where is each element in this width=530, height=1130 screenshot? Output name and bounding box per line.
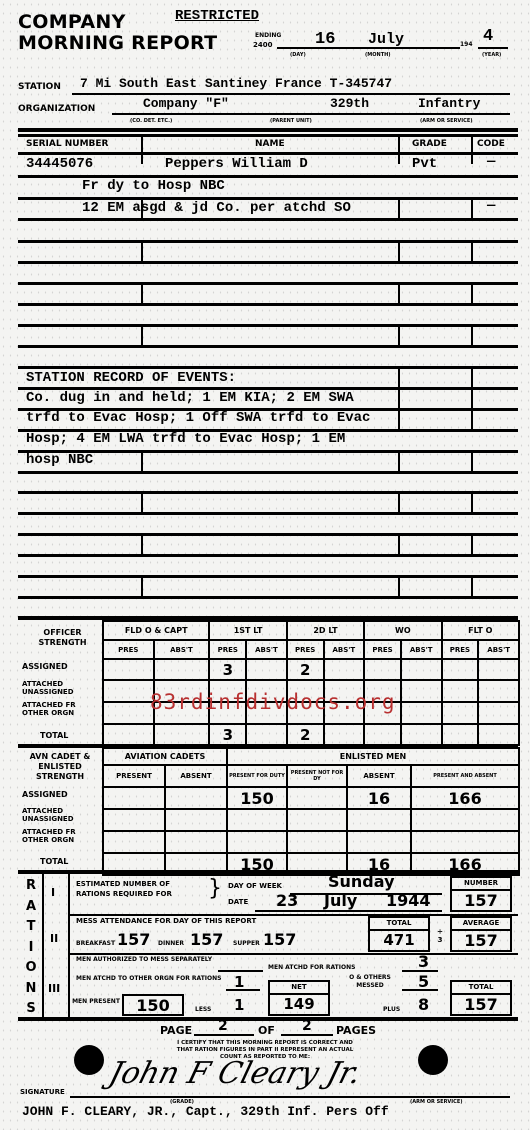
organization-parent-unit: 329th — [330, 96, 369, 111]
net-value: 149 — [270, 995, 328, 1014]
atchd-other-orgn-label: MEN ATCHD TO OTHER ORGN FOR RATIONS — [76, 975, 236, 983]
company-caption: (CO. DET. ETC.) — [130, 118, 172, 124]
col-sep — [471, 324, 473, 345]
col-sep — [141, 240, 143, 261]
total-pages: 2 — [302, 1018, 312, 1034]
plus-label: PLUS — [383, 1006, 400, 1013]
ration-date-year: 1944 — [386, 891, 431, 910]
men-present-box: 150 — [122, 994, 184, 1016]
col-sep — [398, 324, 400, 345]
page-underline — [194, 1034, 254, 1036]
remark-line-1: Fr dy to Hosp NBC — [82, 178, 225, 194]
rule — [18, 303, 518, 306]
row-label-attached-other: ATTACHED FR OTHER ORGN — [22, 828, 100, 844]
col-sep — [398, 533, 400, 554]
attendance-total-value: 471 — [370, 931, 428, 950]
rations-side-label: R A T I O N S — [24, 876, 38, 1020]
date-label: DATE — [228, 898, 248, 906]
col-sep — [398, 134, 400, 164]
group-flt-o: FLT O — [442, 621, 519, 640]
col-sep — [398, 575, 400, 596]
col-sep — [471, 197, 473, 218]
number-value: 157 — [452, 891, 510, 910]
signature: John F Cleary Jr. — [105, 1056, 365, 1091]
ending-label: ENDING — [255, 32, 281, 39]
section-1-label: ESTIMATED NUMBER OF RATIONS REQUIRED FOR — [76, 879, 206, 899]
dinner-label: DINNER — [158, 940, 184, 947]
col-sep — [471, 450, 473, 471]
row-label-assigned: ASSIGNED — [22, 662, 68, 671]
atchd-for-rations-label: MEN ATCHD FOR RATIONS — [268, 964, 355, 971]
watermark: 83rdinfdivdocs.org — [150, 690, 396, 714]
less-value: 1 — [234, 996, 244, 1014]
date-underline — [255, 910, 442, 912]
col-sep — [141, 134, 143, 164]
group-aviation-cadets: AVIATION CADETS — [103, 748, 227, 765]
col-sep — [471, 575, 473, 596]
col-sep — [471, 134, 473, 164]
sub-abst: ABS'T — [246, 640, 287, 659]
page-label: PAGE — [160, 1024, 192, 1037]
sub-pres: PRES — [442, 640, 479, 659]
rule — [18, 471, 518, 474]
morning-report-document: COMPANY MORNING REPORT RESTRICTED ENDING… — [0, 0, 530, 1130]
col-sep — [141, 533, 143, 554]
ration-date-month: July — [324, 891, 357, 910]
attendance-total-label: TOTAL — [370, 918, 428, 931]
signer-name: JOHN F. CLEARY, JR., Capt., 329th Inf. P… — [22, 1104, 389, 1119]
events-line-2: trfd to Evac Hosp; 1 Off SWA trfd to Eva… — [26, 410, 370, 426]
men-present-label: MEN PRESENT — [72, 998, 120, 1006]
report-month: July — [368, 31, 404, 48]
brace: } — [208, 878, 222, 900]
col-sep — [141, 324, 143, 345]
station-label: STATION — [18, 82, 61, 92]
sub-pres: PRES — [364, 640, 401, 659]
col-sep — [398, 240, 400, 261]
sub-pres: PRES — [103, 640, 154, 659]
binder-hole-left — [74, 1045, 104, 1075]
average-value: 157 — [452, 931, 510, 950]
average-label: AVERAGE — [452, 918, 510, 931]
row-label-total: TOTAL — [40, 731, 68, 740]
men-present-value: 150 — [124, 996, 182, 1015]
person-name: Peppers William D — [165, 156, 308, 172]
page-number: 2 — [218, 1018, 228, 1034]
report-day: 16 — [315, 30, 335, 49]
attendance-total-box: TOTAL 471 — [368, 916, 430, 952]
breakfast-value: 157 — [117, 930, 150, 949]
binder-hole-right — [418, 1045, 448, 1075]
day-of-week-value: Sunday — [328, 872, 395, 891]
organization-label: ORGANIZATION — [18, 104, 95, 114]
events-heading: STATION RECORD OF EVENTS: — [26, 370, 236, 386]
section-3-number: III — [48, 982, 60, 995]
person-code: — — [487, 154, 495, 170]
sub-abst: ABS'T — [154, 640, 210, 659]
rule — [18, 870, 518, 874]
divide-by-three: ÷ 3 — [435, 928, 445, 944]
rule — [18, 134, 518, 137]
classification-stamp: RESTRICTED — [175, 8, 259, 24]
ration-date-day: 23 — [276, 891, 298, 910]
officer-strength-grid: FLD O & CAPT 1ST LT 2D LT WO FLT O PRES … — [102, 620, 520, 746]
officer-row-assigned: 3 2 — [103, 659, 519, 680]
plus-value: 8 — [418, 995, 429, 1014]
supper-label: SUPPER — [233, 940, 260, 947]
officers-messed-label: O & OTHERS MESSED — [340, 974, 400, 990]
authorized-underline — [218, 970, 263, 972]
section-2-number: II — [50, 932, 58, 945]
row-label-attached-other: ATTACHED FR OTHER ORGN — [22, 701, 100, 717]
day-caption: (DAY) — [290, 52, 306, 58]
rule — [18, 282, 518, 285]
col-sep — [42, 873, 44, 1018]
remark-code-2: — — [487, 198, 495, 214]
row-label-attached-unassigned: ATTACHED UNASSIGNED — [22, 680, 100, 696]
serial-number: 34445076 — [26, 156, 93, 172]
form-title-line1: COMPANY — [18, 12, 126, 33]
sub-abst: ABS'T — [478, 640, 519, 659]
signature-label: SIGNATURE — [20, 1088, 65, 1096]
rule — [18, 575, 518, 578]
enlisted-row-assigned: 150 16 166 — [103, 787, 519, 809]
person-grade: Pvt — [412, 156, 437, 172]
arm-caption: (ARM OR SERVICE) — [420, 118, 473, 124]
atchd-for-rations-value: 3 — [418, 952, 429, 971]
day-of-week-label: DAY OF WEEK — [228, 882, 282, 890]
dinner-value: 157 — [190, 930, 223, 949]
col-sep — [398, 282, 400, 303]
report-year: 4 — [483, 27, 493, 46]
of-label: OF — [258, 1024, 275, 1037]
pages-underline — [281, 1034, 333, 1036]
assigned-present-for-duty: 150 — [227, 787, 287, 809]
station-underline — [72, 93, 510, 95]
sub-pres: PRES — [287, 640, 324, 659]
ending-time: 2400 — [253, 41, 272, 49]
col-sep — [398, 450, 400, 471]
col-sep — [471, 240, 473, 261]
assigned-present-and-absent: 166 — [411, 787, 519, 809]
col-sep — [398, 197, 400, 218]
enlisted-row-attached-other — [103, 831, 519, 853]
rule — [18, 218, 518, 221]
rule — [18, 261, 518, 264]
col-sep — [471, 366, 473, 429]
row-label-assigned: ASSIGNED — [22, 790, 68, 799]
authorized-mess-label: MEN AUTHORIZED TO MESS SEPARATELY — [76, 956, 226, 964]
parent-caption: (PARENT UNIT) — [270, 118, 312, 124]
rule — [18, 128, 518, 132]
events-line-4: hosp NBC — [26, 452, 93, 468]
rule — [18, 345, 518, 348]
rule — [18, 366, 518, 369]
col-sep — [141, 575, 143, 596]
arm-caption-footer: (ARM OR SERVICE) — [410, 1099, 463, 1105]
rule — [18, 533, 518, 536]
officer-strength-label: OFFICER STRENGTH — [30, 628, 95, 648]
group-fld-o-capt: FLD O & CAPT — [103, 621, 209, 640]
rule — [18, 1017, 518, 1021]
col-sep — [471, 533, 473, 554]
col-sep — [141, 197, 143, 218]
signature-underline — [70, 1096, 510, 1098]
sub-abst: ABS'T — [401, 640, 442, 659]
rule — [18, 554, 518, 557]
col-header-grade: GRADE — [412, 139, 447, 149]
year-caption: (YEAR) — [482, 52, 501, 58]
sub-abst: ABS'T — [324, 640, 365, 659]
organization-underline — [112, 113, 510, 115]
enlisted-strength-grid: AVIATION CADETS ENLISTED MEN PRESENT ABS… — [102, 747, 520, 876]
rule — [18, 491, 518, 494]
rule — [68, 953, 518, 955]
events-line-1: Co. dug in and held; 1 EM KIA; 2 EM SWA — [26, 390, 354, 406]
supper-value: 157 — [263, 930, 296, 949]
section-1-number: I — [51, 886, 55, 899]
net-label: NET — [270, 982, 328, 995]
col-header-serial: SERIAL NUMBER — [26, 139, 108, 149]
section-2-label: MESS ATTENDANCE FOR DAY OF THIS REPORT — [76, 917, 256, 925]
group-enlisted-men: ENLISTED MEN — [227, 748, 519, 765]
rations-total-value: 157 — [452, 995, 510, 1014]
organization-company: Company "F" — [143, 96, 229, 111]
year-underline — [478, 47, 508, 49]
net-box: NET 149 — [268, 980, 330, 1016]
col-sep — [68, 873, 70, 1018]
rations-total-box: TOTAL 157 — [450, 980, 512, 1016]
assigned-absent: 16 — [347, 787, 411, 809]
rule — [18, 240, 518, 243]
total-1st-lt-pres: 3 — [209, 724, 246, 745]
organization-arm: Infantry — [418, 96, 480, 111]
station-value: 7 Mi South East Santiney France T-345747 — [80, 76, 392, 91]
col-sep — [471, 282, 473, 303]
col-sep — [398, 491, 400, 512]
assigned-1st-lt-pres: 3 — [209, 659, 246, 680]
group-2d-lt: 2D LT — [287, 621, 364, 640]
col-sep — [141, 282, 143, 303]
assigned-2d-lt-pres: 2 — [287, 659, 324, 680]
enlisted-strength-label: AVN CADET & ENLISTED STRENGTH — [24, 752, 96, 782]
col-header-code: CODE — [477, 139, 505, 149]
number-box: NUMBER 157 — [450, 876, 512, 912]
events-line-3: Hosp; 4 EM LWA trfd to Evac Hosp; 1 EM — [26, 431, 345, 447]
col-sep — [398, 366, 400, 429]
row-label-total: TOTAL — [40, 857, 68, 866]
col-sep — [141, 491, 143, 512]
officers-messed-value: 5 — [418, 972, 429, 991]
atchd-other-orgn-value: 1 — [234, 973, 244, 991]
rule — [18, 596, 518, 599]
average-box: AVERAGE 157 — [450, 916, 512, 952]
group-wo: WO — [364, 621, 441, 640]
sub-pres: PRES — [209, 640, 246, 659]
rule — [18, 512, 518, 515]
col-header-name: NAME — [255, 139, 285, 149]
less-label: LESS — [195, 1006, 211, 1013]
year-prefix: 194 — [460, 41, 473, 48]
row-label-attached-unassigned: ATTACHED UNASSIGNED — [22, 807, 100, 823]
enlisted-row-attached-unassigned — [103, 809, 519, 831]
rations-total-label: TOTAL — [452, 982, 510, 995]
rule — [18, 152, 518, 155]
form-title-line2: MORNING REPORT — [18, 33, 217, 54]
remark-line-2: 12 EM asgd & jd Co. per atchd SO — [82, 200, 351, 216]
group-1st-lt: 1ST LT — [209, 621, 286, 640]
rule — [18, 324, 518, 327]
col-sep — [471, 491, 473, 512]
total-2d-lt-pres: 2 — [287, 724, 324, 745]
month-caption: (MONTH) — [365, 52, 391, 58]
breakfast-label: BREAKFAST — [76, 940, 115, 947]
pages-label: PAGES — [336, 1024, 376, 1037]
col-sep — [141, 450, 143, 471]
number-label: NUMBER — [452, 878, 510, 891]
officer-row-total: 3 2 — [103, 724, 519, 745]
